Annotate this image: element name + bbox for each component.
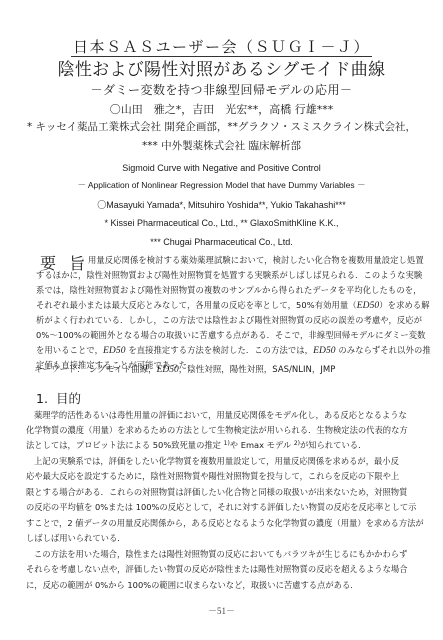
body-line: 法としては，プロビット法による 50%致死量の推定 1)や Emax モデル 2… [26,440,366,451]
affiliation-2: *** 中外製薬株式会社 臨床解析部 [0,140,443,153]
body-line: の反応の平均値を 0%または 100%の反応として，それに対する評価したい物質の… [26,502,416,513]
body-line: 応や最大反応を設定するために，陰性対照物質や陽性対照物質を投与して，これらを反応… [26,471,399,482]
page-number: －51－ [0,604,443,617]
society-title-text: 日本ＳＡＳユーザー会（ＳＵＧＩ－Ｊ） [71,38,372,57]
keywords-text: ，陰性対照，陽性対照，SAS/NLIN，JMP [179,365,336,375]
affiliation-1: * キッセイ薬品工業株式会社 開発企画部，**グラクソ・スミスクライン株式会社， [0,121,443,134]
abstract-text: を用いることで， [36,345,103,355]
section-title: 目的 [56,391,81,406]
english-authors: 〇Masayuki Yamada*, Mitsuhiro Yoshida**, … [0,199,443,211]
body-line: 薬理学的活性あるいは毒性用量の評価において，用量反応関係をモデル化し，ある反応と… [34,410,407,421]
body-line: に，反応の範囲が 0%から 100%の範囲に収まらないなど，取扱いに苦慮する点が… [26,580,359,591]
ed50-term: ED50 [103,346,126,356]
keywords-label: キーワード： [34,365,85,375]
abstract-line: 析がよく行われている．しかし，この方法では陰性および陽性対照物質の反応の誤差の考… [36,315,422,326]
body-line: 化学物質の濃度（用量）を求めるための方法として生物検定法が用いられる．生物検定法… [26,425,408,436]
keywords-text: シグモイド曲線， [89,365,157,375]
body-line: 上記の実験系では，評価をしたい化学物質を複数用量設定して，用量反応関係を求めるが… [34,456,399,467]
body-text: が知られている． [300,440,366,450]
abstract-text: を直接推定する方法を検討した．この方法では， [126,345,313,355]
abstract-line: 系では，陰性対照物質および陽性対照物質の複数のサンプルから得られたデータを平均化… [36,285,422,296]
abstract-line: 0%～100%の範囲外となる場合の取扱いに苦慮する点がある．そこで，非線型回帰モ… [36,330,426,341]
body-line: 限とする場合がある．これらの対照物質は評価したい化合物と同様の取扱いが出来ないた… [26,487,407,498]
body-line: すことで，2 値データの用量反応関係から，ある反応となるような化学物質の濃度（用… [26,518,424,529]
abstract-text: ）を求める解 [379,300,429,310]
paper-subtitle: －ダミー変数を持つ非線型回帰モデルの応用－ [0,83,443,98]
abstract-text: のみならずそれ以外の推 [336,345,431,355]
body-line: それらを考慮しない点や，評価したい物質の反応が陰性または陽性対照物質の反応を超え… [26,564,408,575]
body-text: や Emax モデル [230,440,294,450]
body-text: 法としては，プロビット法による 50%致死量の推定 [26,440,224,450]
section-heading: 1.目的 [36,391,81,406]
abstract-text: それぞれ最小または最大反応とみなして，各用量の反応を率として，50%有効用量（ [36,300,357,310]
keywords: キーワード：シグモイド曲線，ED50，陰性対照，陽性対照，SAS/NLIN，JM… [34,365,335,376]
section-number: 1. [36,391,48,406]
abstract-line: 用量反応関係を検討する薬効薬理試験において，検討したい化合物を複数用量設定し処置 [88,255,424,266]
abstract-line: を用いることで，ED50 を直接推定する方法を検討した．この方法では，ED50 … [36,345,431,357]
society-title: 日本ＳＡＳユーザー会（ＳＵＧＩ－Ｊ） [0,38,443,56]
body-line: この方法を用いた場合，陰性または陽性対照物質の反応においてもバラツキが生じるにも… [34,549,407,560]
ed50-term: ED50 [157,365,179,375]
ed50-term: ED50 [313,346,336,356]
english-affiliation-2: *** Chugai Pharmaceutical Co., Ltd. [0,236,443,248]
english-title: Sigmoid Curve with Negative and Positive… [0,162,443,174]
abstract-line: するほかに，陰性対照物質および陽性対照物質を処置する実験系がしばしば見られる．こ… [36,270,422,281]
paper-title: 陰性および陽性対照があるシグモイド曲線 [0,60,443,80]
english-subtitle: － Application of Nonlinear Regression Mo… [0,180,443,191]
abstract-line: それぞれ最小または最大反応とみなして，各用量の反応を率として，50%有効用量（E… [36,300,430,312]
authors: 〇山田 雅之*，吉田 光宏**，高橋 行雄*** [0,103,443,116]
ed50-term: ED50 [357,301,380,311]
body-line: しばしば用いられている． [26,533,126,544]
english-affiliation-1: * Kissei Pharmaceutical Co., Ltd., ** Gl… [0,217,443,229]
